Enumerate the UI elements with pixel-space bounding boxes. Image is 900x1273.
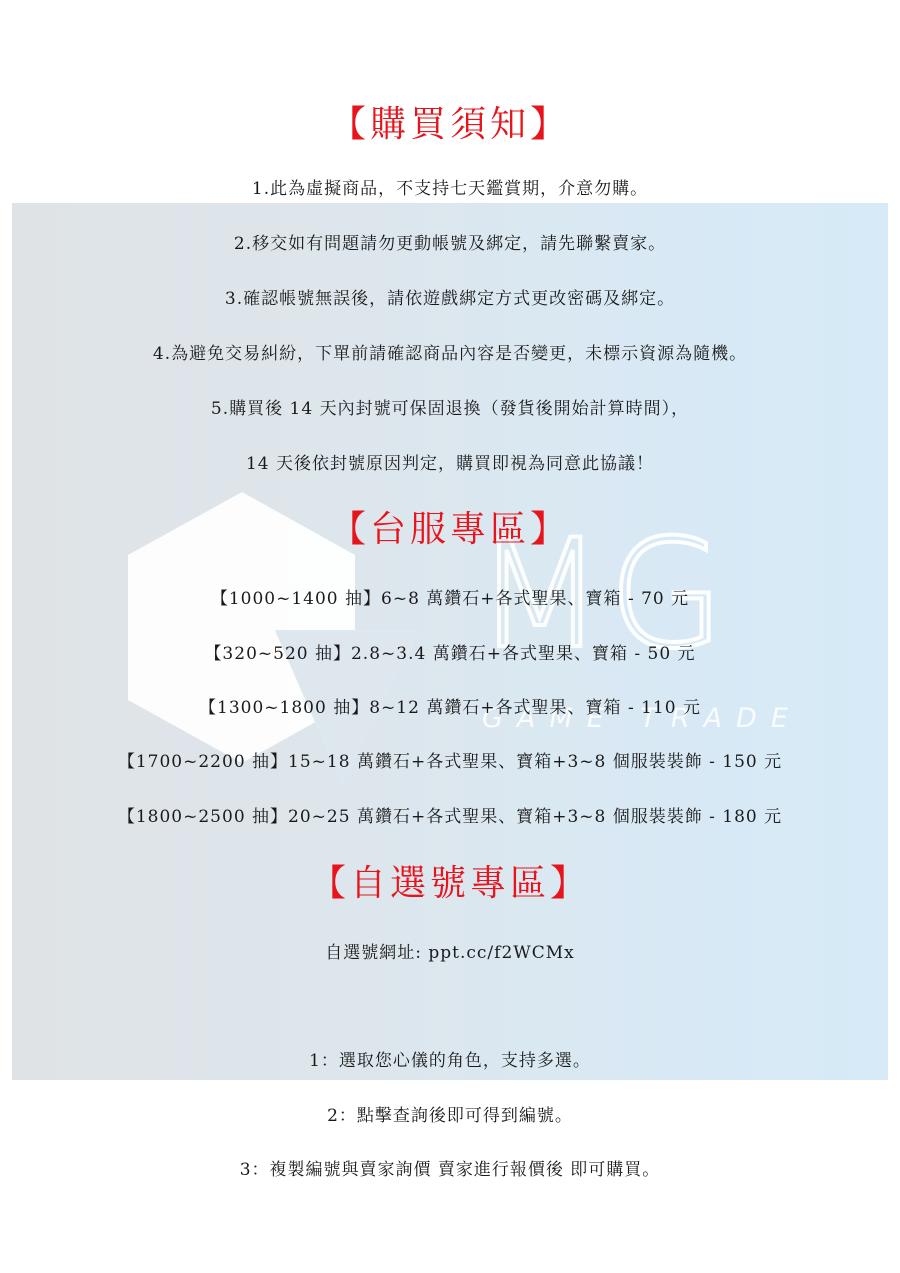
notice-item: 1.此為虛擬商品，不支持七天鑑賞期，介意勿購。 (0, 178, 900, 200)
notice-item: 14 天後依封號原因判定，購買即視為同意此協議！ (0, 453, 900, 475)
product-row: 【320~520 抽】2.8~3.4 萬鑽石+各式聖果、寶箱 - 50 元 (0, 643, 900, 665)
notice-title: 【購買須知】 (0, 103, 900, 147)
product-price: - 150 元 (703, 752, 782, 772)
product-pulls: 【1700~2200 抽】 (118, 752, 288, 772)
product-content: 2.8~3.4 萬鑽石+各式聖果、寶箱 (351, 644, 628, 664)
product-content: 6~8 萬鑽石+各式聖果、寶箱 (381, 589, 622, 609)
product-price: - 70 元 (622, 589, 690, 609)
product-price: - 50 元 (628, 644, 696, 664)
custom-url-label: 自選號網址: (325, 943, 428, 963)
custom-step: 3：複製編號與賣家詢價 賣家進行報價後 即可購買。 (0, 1159, 900, 1181)
product-pulls: 【320~520 抽】 (204, 644, 351, 664)
product-pulls: 【1800~2500 抽】 (118, 807, 288, 827)
notice-item: 5.購買後 14 天內封號可保固退換（發貨後開始計算時間）， (0, 398, 900, 420)
product-pulls: 【1300~1800 抽】 (199, 698, 369, 718)
product-content: 15~18 萬鑽石+各式聖果、寶箱+3~8 個服裝裝飾 (288, 752, 703, 772)
product-row: 【1800~2500 抽】20~25 萬鑽石+各式聖果、寶箱+3~8 個服裝裝飾… (0, 806, 900, 828)
tw-server-title: 【台服專區】 (0, 508, 900, 552)
product-row: 【1000~1400 抽】6~8 萬鑽石+各式聖果、寶箱 - 70 元 (0, 588, 900, 610)
custom-step: 2：點擊查詢後即可得到編號。 (0, 1105, 900, 1127)
notice-item: 4.為避免交易糾紛，下單前請確認商品內容是否變更，未標示資源為隨機。 (0, 343, 900, 365)
notice-item: 3.確認帳號無誤後，請依遊戲綁定方式更改密碼及綁定。 (0, 288, 900, 310)
product-pulls: 【1000~1400 抽】 (211, 589, 381, 609)
product-content: 8~12 萬鑽石+各式聖果、寶箱 (369, 698, 621, 718)
product-price: - 180 元 (703, 807, 782, 827)
product-row: 【1700~2200 抽】15~18 萬鑽石+各式聖果、寶箱+3~8 個服裝裝飾… (0, 751, 900, 773)
custom-title: 【自選號專區】 (0, 862, 900, 906)
custom-url-link[interactable]: ppt.cc/f2WCMx (428, 943, 574, 963)
product-row: 【1300~1800 抽】8~12 萬鑽石+各式聖果、寶箱 - 110 元 (0, 697, 900, 719)
custom-url-line: 自選號網址: ppt.cc/f2WCMx (0, 942, 900, 964)
notice-item: 2.移交如有問題請勿更動帳號及綁定，請先聯繫賣家。 (0, 233, 900, 255)
product-content: 20~25 萬鑽石+各式聖果、寶箱+3~8 個服裝裝飾 (288, 807, 703, 827)
custom-step: 1：選取您心儀的角色，支持多選。 (0, 1050, 900, 1072)
product-price: - 110 元 (622, 698, 701, 718)
